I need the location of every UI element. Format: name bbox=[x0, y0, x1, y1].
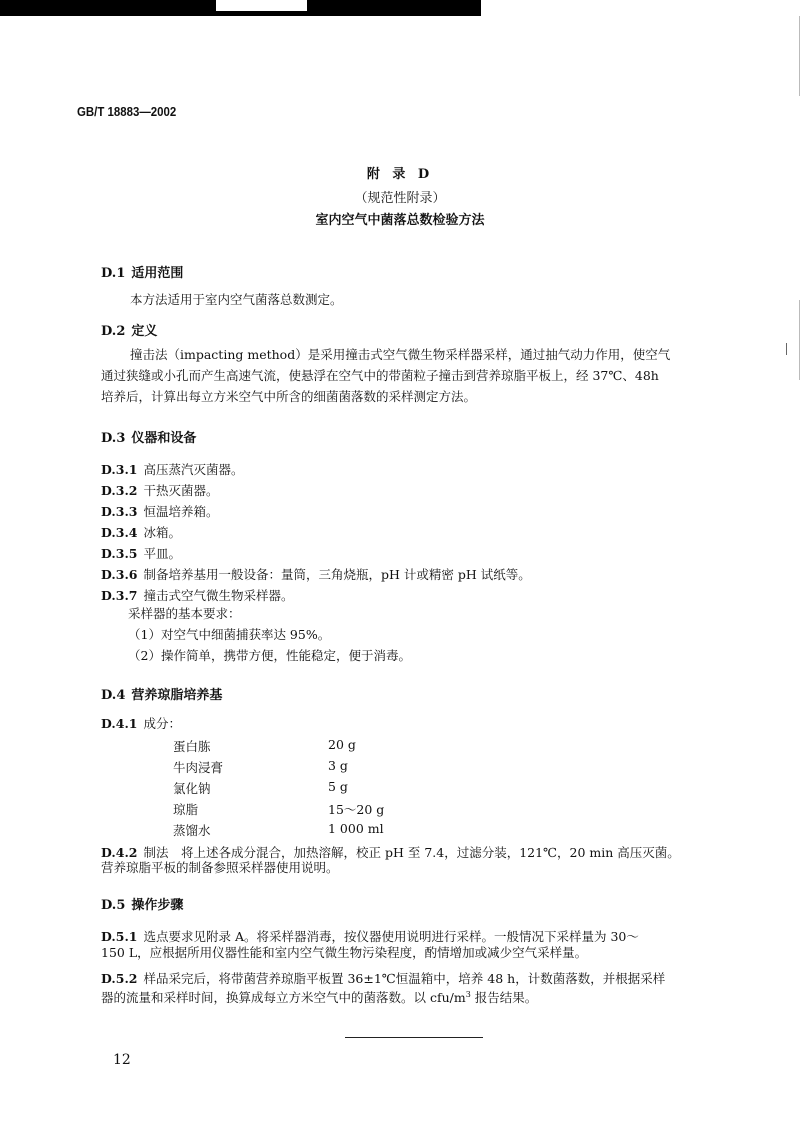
item-number: D.3.1 bbox=[101, 462, 138, 477]
subsection-d41: D.4.1成分： bbox=[101, 714, 181, 732]
paragraph-line: 撞击法（impacting method）是采用撞击式空气微生物采样器采样，通过… bbox=[130, 345, 670, 365]
ingredient-name: 蒸馏水 bbox=[173, 821, 211, 839]
scan-edge-mark bbox=[786, 343, 787, 355]
section-number: D.2 bbox=[101, 324, 125, 339]
list-item: D.3.3恒温培养箱。 bbox=[101, 502, 219, 520]
section-heading-d5: D.5操作步骤 bbox=[101, 894, 183, 913]
section-title: 仪器和设备 bbox=[131, 431, 196, 446]
item-number: D.3.4 bbox=[101, 525, 138, 540]
section-heading-d2: D.2定义 bbox=[101, 320, 157, 339]
section-title: 操作步骤 bbox=[131, 898, 183, 913]
list-item: D.3.7撞击式空气微生物采样器。 bbox=[101, 586, 294, 604]
paragraph: 本方法适用于室内空气菌落总数测定。 bbox=[130, 290, 343, 310]
annex-name: 室内空气中菌落总数检验方法 bbox=[0, 209, 800, 228]
ingredient-qty: 1 000 ml bbox=[328, 821, 384, 836]
item-text: 干热灭菌器。 bbox=[144, 483, 219, 498]
item-number: D.3.7 bbox=[101, 588, 138, 603]
section-title: 适用范围 bbox=[131, 266, 183, 281]
item-text: 样品采完后，将带菌营养琼脂平板置 36±1℃恒温箱中，培养 48 h，计数菌落数… bbox=[144, 971, 666, 986]
ingredient-qty: 20 g bbox=[328, 737, 356, 752]
item-text: 冰箱。 bbox=[144, 525, 182, 540]
scan-bar-left bbox=[0, 0, 216, 16]
scan-bar-right bbox=[307, 0, 481, 16]
section-heading-d1: D.1适用范围 bbox=[101, 262, 183, 281]
section-title: 定义 bbox=[131, 324, 157, 339]
item-number: D.3.5 bbox=[101, 546, 138, 561]
item-text: 平皿。 bbox=[144, 546, 182, 561]
scan-bar-mid bbox=[216, 11, 307, 16]
item-number: D.5.1 bbox=[101, 929, 138, 944]
list-item: D.3.1高压蒸汽灭菌器。 bbox=[101, 460, 244, 478]
ingredient-name: 牛肉浸膏 bbox=[173, 758, 223, 776]
paragraph-line: 培养后，计算出每立方米空气中所含的细菌菌落数的采样测定方法。 bbox=[101, 387, 476, 407]
list-item: D.3.4冰箱。 bbox=[101, 523, 181, 541]
section-number: D.3 bbox=[101, 431, 125, 446]
section-number: D.5 bbox=[101, 898, 125, 913]
item-number: D.3.2 bbox=[101, 483, 138, 498]
item-number: D.4.1 bbox=[101, 716, 138, 731]
text-segment: 报告结果。 bbox=[471, 990, 537, 1005]
scan-bar-gap bbox=[216, 0, 307, 11]
ingredient-name: 蛋白胨 bbox=[173, 737, 211, 755]
text-segment: 器的流量和采样时间，换算成每立方米空气中的菌落数。以 cfu/m bbox=[101, 990, 466, 1005]
section-number: D.4 bbox=[101, 688, 125, 703]
item-text: 高压蒸汽灭菌器。 bbox=[144, 462, 244, 477]
end-rule bbox=[345, 1037, 483, 1038]
item-text: 选点要求见附录 A。将采样器消毒，按仪器使用说明进行采样。一般情况下采样量为 3… bbox=[144, 929, 639, 944]
ingredient-qty: 3 g bbox=[328, 758, 348, 773]
page-number: 12 bbox=[113, 1052, 131, 1068]
item-text: 成分： bbox=[144, 716, 182, 731]
item-text: 制备培养基用一般设备：量筒，三角烧瓶，pH 计或精密 pH 试纸等。 bbox=[144, 567, 531, 582]
annex-title: 附 录 D bbox=[0, 163, 800, 182]
item-text: 撞击式空气微生物采样器。 bbox=[144, 588, 294, 603]
ingredient-name: 氯化钠 bbox=[173, 779, 211, 797]
paragraph-line: 通过狭缝或小孔而产生高速气流，使悬浮在空气中的带菌粒子撞击到营养琼脂平板上，经 … bbox=[101, 366, 659, 386]
paragraph-line: 营养琼脂平板的制备参照采样器使用说明。 bbox=[101, 858, 339, 878]
section-heading-d3: D.3仪器和设备 bbox=[101, 427, 196, 446]
annex-subtitle: （规范性附录） bbox=[0, 187, 800, 206]
paragraph-line: 150 L，应根据所用仪器性能和室内空气微生物污染程度，酌情增加或减少空气采样量… bbox=[101, 943, 587, 963]
item-text: 恒温培养箱。 bbox=[144, 504, 219, 519]
section-number: D.1 bbox=[101, 266, 125, 281]
list-item: D.3.6制备培养基用一般设备：量筒，三角烧瓶，pH 计或精密 pH 试纸等。 bbox=[101, 565, 531, 583]
paragraph-line: 器的流量和采样时间，换算成每立方米空气中的菌落数。以 cfu/m3 报告结果。 bbox=[101, 985, 537, 1008]
section-title: 营养琼脂培养基 bbox=[131, 688, 222, 703]
requirement-item: （1）对空气中细菌捕获率达 95%。 bbox=[128, 625, 330, 645]
standard-code: GB/T 18883—2002 bbox=[77, 104, 176, 119]
ingredient-qty: 15～20 g bbox=[328, 800, 384, 818]
section-heading-d4: D.4营养琼脂培养基 bbox=[101, 684, 222, 703]
item-number: D.3.3 bbox=[101, 504, 138, 519]
item-number: D.3.6 bbox=[101, 567, 138, 582]
list-item: D.3.2干热灭菌器。 bbox=[101, 481, 219, 499]
requirement-item: （2）操作简单，携带方便，性能稳定，便于消毒。 bbox=[128, 646, 411, 666]
list-item: D.3.5平皿。 bbox=[101, 544, 181, 562]
ingredient-qty: 5 g bbox=[328, 779, 348, 794]
ingredient-name: 琼脂 bbox=[173, 800, 198, 818]
item-number: D.5.2 bbox=[101, 971, 138, 986]
requirements-label: 采样器的基本要求： bbox=[128, 604, 241, 624]
